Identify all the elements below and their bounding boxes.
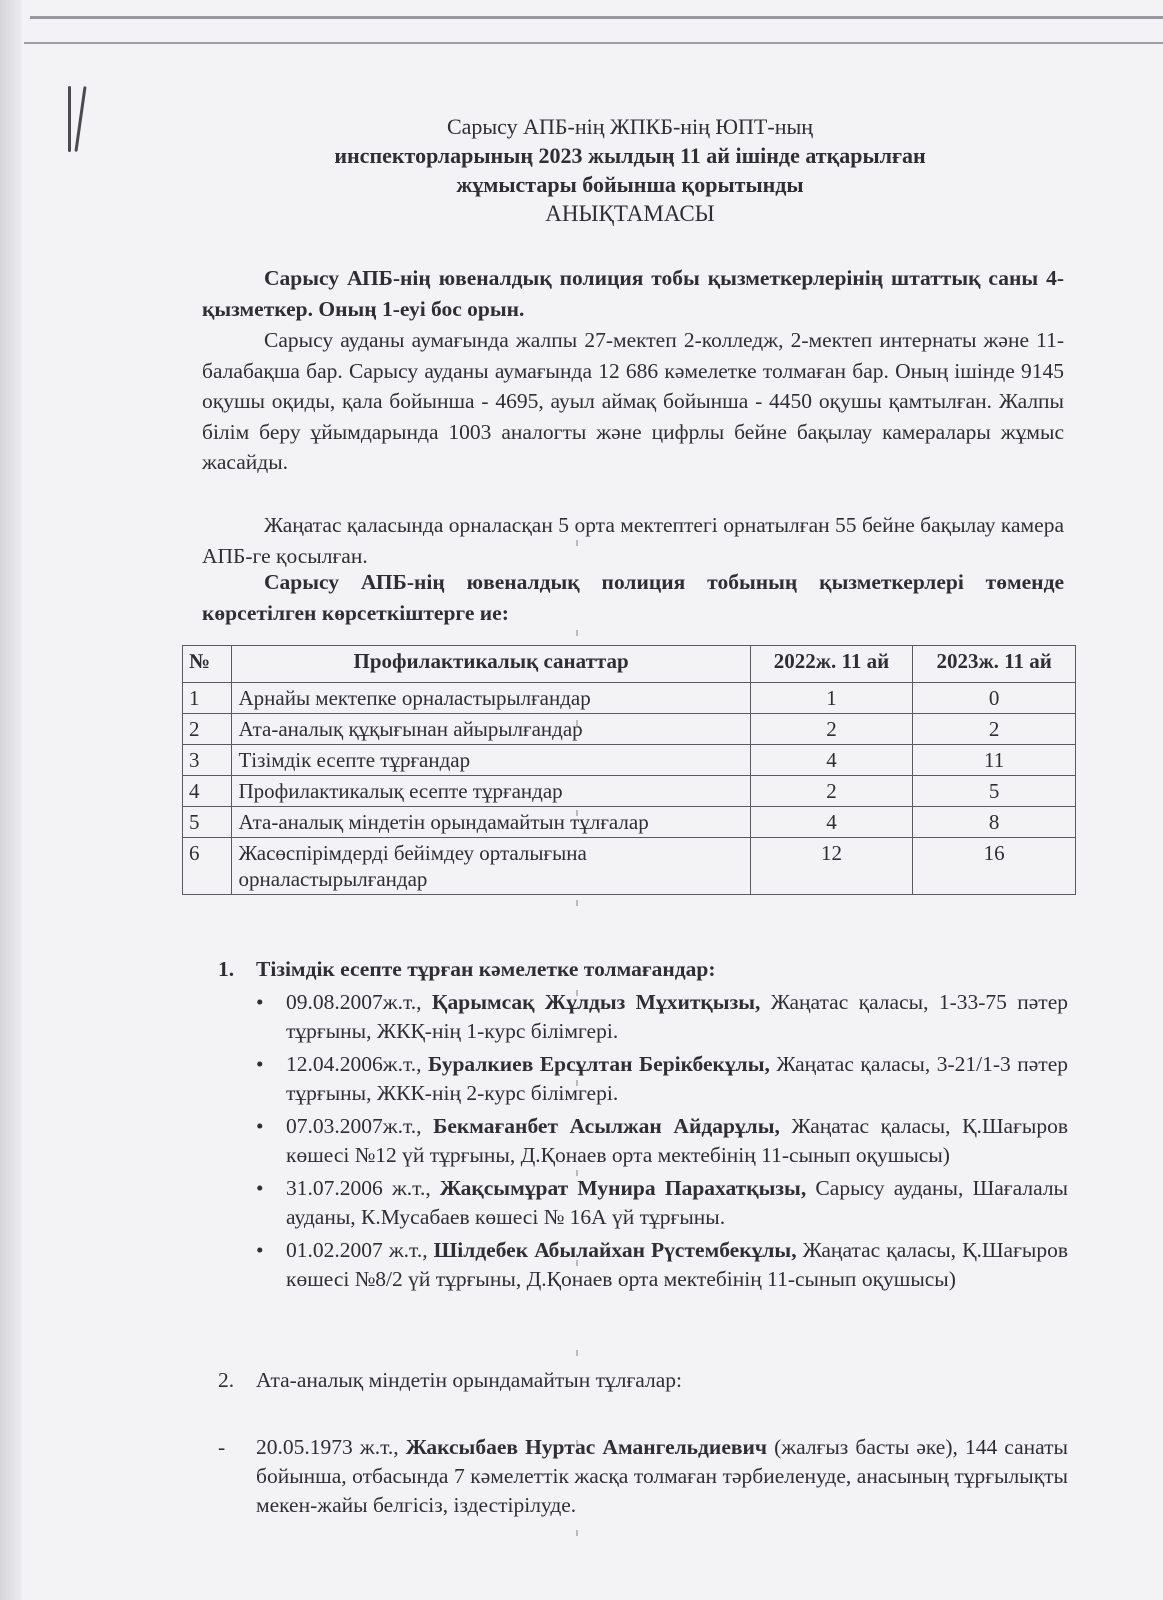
- header-2023: 2023ж. 11 ай: [913, 646, 1076, 683]
- birth-date: 09.08.2007ж.т.,: [286, 990, 432, 1014]
- cell-category: Профилактикалық есепте тұрғандар: [232, 776, 750, 807]
- indicators-table: № Профилактикалық санаттар 2022ж. 11 ай …: [182, 645, 1076, 895]
- cell-2023: 5: [913, 776, 1076, 807]
- cell-2023: 2: [913, 714, 1076, 745]
- cell-number: 3: [183, 745, 232, 776]
- cell-2022: 2: [750, 714, 913, 745]
- header-category: Профилактикалық санаттар: [232, 646, 750, 683]
- birth-date: 07.03.2007ж.т.,: [286, 1114, 433, 1138]
- cell-2022: 4: [750, 807, 913, 838]
- dash-icon: -: [218, 1433, 225, 1462]
- staple-mark-icon: [66, 86, 88, 156]
- person-name: Қарымсақ Жұлдыз Мұхитқызы,: [432, 990, 761, 1014]
- title-line: инспекторларының 2023 жылдың 11 ай ішінд…: [200, 141, 1060, 170]
- cell-category: Тізімдік есепте тұрғандар: [232, 745, 750, 776]
- title-line: АНЫҚТАМАСЫ: [200, 199, 1060, 228]
- birth-date: 20.05.1973 ж.т.,: [256, 1435, 406, 1459]
- person-name: Жақсымұрат Мунира Парахатқызы,: [440, 1176, 806, 1200]
- birth-date: 31.07.2006 ж.т.,: [286, 1176, 440, 1200]
- cell-2023: 8: [913, 807, 1076, 838]
- paragraph-staff: Сарысу АПБ-нің ювеналдық полиция тобы қы…: [202, 263, 1064, 324]
- title-line: жұмыстары бойынша қорытынды: [200, 170, 1060, 199]
- person-name: Буралкиев Ерсұлтан Берікбекұлы,: [428, 1052, 770, 1076]
- list-item: -20.05.1973 ж.т., Жаксыбаев Нуртас Аманг…: [256, 1433, 1068, 1520]
- table-header-row: № Профилактикалық санаттар 2022ж. 11 ай …: [183, 646, 1076, 683]
- person-name: Жаксыбаев Нуртас Амангельдиевич: [406, 1435, 767, 1459]
- cell-category: Жасөспірімдерді бейімдеу орталығына орна…: [232, 838, 750, 895]
- bullet-icon: •: [256, 988, 264, 1017]
- cell-category: Ата-аналық міндетін орындамайтын тұлғала…: [232, 807, 750, 838]
- section-heading: 1.Тізімдік есепте тұрған кәмелетке толма…: [218, 955, 1068, 984]
- paragraph-district-stats: Сарысу ауданы аумағында жалпы 27-мектеп …: [202, 325, 1064, 478]
- table-row: 1Арнайы мектепке орналастырылғандар10: [183, 683, 1076, 714]
- paragraph-cameras: Жаңатас қаласында орналасқан 5 орта мект…: [202, 510, 1064, 571]
- list-item: •09.08.2007ж.т., Қарымсақ Жұлдыз Мұхитқы…: [286, 988, 1068, 1046]
- table-row: 5Ата-аналық міндетін орындамайтын тұлғал…: [183, 807, 1076, 838]
- cell-2022: 12: [750, 838, 913, 895]
- parents-list: -20.05.1973 ж.т., Жаксыбаев Нуртас Аманг…: [218, 1433, 1068, 1520]
- table-row: 3Тізімдік есепте тұрғандар411: [183, 745, 1076, 776]
- header-number: №: [183, 646, 232, 683]
- list-item: •07.03.2007ж.т., Бекмағанбет Асылжан Айд…: [286, 1112, 1068, 1170]
- cell-category: Ата-аналық құқығынан айырылғандар: [232, 714, 750, 745]
- cell-number: 6: [183, 838, 232, 895]
- cell-2022: 2: [750, 776, 913, 807]
- cell-number: 5: [183, 807, 232, 838]
- cell-2022: 1: [750, 683, 913, 714]
- cell-2023: 16: [913, 838, 1076, 895]
- list-item: •01.02.2007 ж.т., Шілдебек Абылайхан Рүс…: [286, 1236, 1068, 1294]
- list-item: •12.04.2006ж.т., Буралкиев Ерсұлтан Бері…: [286, 1050, 1068, 1108]
- bullet-icon: •: [256, 1236, 264, 1265]
- cell-number: 4: [183, 776, 232, 807]
- bullet-icon: •: [256, 1050, 264, 1079]
- scan-edge: [0, 0, 22, 1600]
- header-2022: 2022ж. 11 ай: [750, 646, 913, 683]
- list-item: •31.07.2006 ж.т., Жақсымұрат Мунира Пара…: [286, 1174, 1068, 1232]
- bullet-icon: •: [256, 1174, 264, 1203]
- birth-date: 12.04.2006ж.т.,: [286, 1052, 428, 1076]
- cell-2023: 0: [913, 683, 1076, 714]
- cell-category: Арнайы мектепке орналастырылғандар: [232, 683, 750, 714]
- person-name: Бекмағанбет Асылжан Айдарұлы,: [433, 1114, 780, 1138]
- title-line: Сарысу АПБ-нің ЖПКБ-нің ЮПТ-ның: [200, 112, 1060, 141]
- document-title: Сарысу АПБ-нің ЖПКБ-нің ЮПТ-ның инспекто…: [200, 112, 1060, 228]
- table-row: 4Профилактикалық есепте тұрғандар25: [183, 776, 1076, 807]
- cell-2023: 11: [913, 745, 1076, 776]
- birth-date: 01.02.2007 ж.т.,: [286, 1238, 434, 1262]
- scan-border-line: [24, 42, 1163, 44]
- section-heading: 2.Ата-аналық міндетін орындамайтын тұлға…: [218, 1366, 1068, 1395]
- section-negligent-parents: 2.Ата-аналық міндетін орындамайтын тұлға…: [218, 1366, 1068, 1520]
- table-row: 2Ата-аналық құқығынан айырылғандар22: [183, 714, 1076, 745]
- cell-number: 1: [183, 683, 232, 714]
- section-registered-minors: 1.Тізімдік есепте тұрған кәмелетке толма…: [218, 955, 1068, 1298]
- person-name: Шілдебек Абылайхан Рүстембекұлы,: [434, 1238, 797, 1262]
- paragraph-indicators-intro: Сарысу АПБ-нің ювеналдық полиция тобының…: [202, 567, 1064, 628]
- table-row: 6Жасөспірімдерді бейімдеу орталығына орн…: [183, 838, 1076, 895]
- cell-number: 2: [183, 714, 232, 745]
- minors-list: •09.08.2007ж.т., Қарымсақ Жұлдыз Мұхитқы…: [218, 988, 1068, 1294]
- bullet-icon: •: [256, 1112, 264, 1141]
- scan-border-line: [30, 16, 1163, 19]
- cell-2022: 4: [750, 745, 913, 776]
